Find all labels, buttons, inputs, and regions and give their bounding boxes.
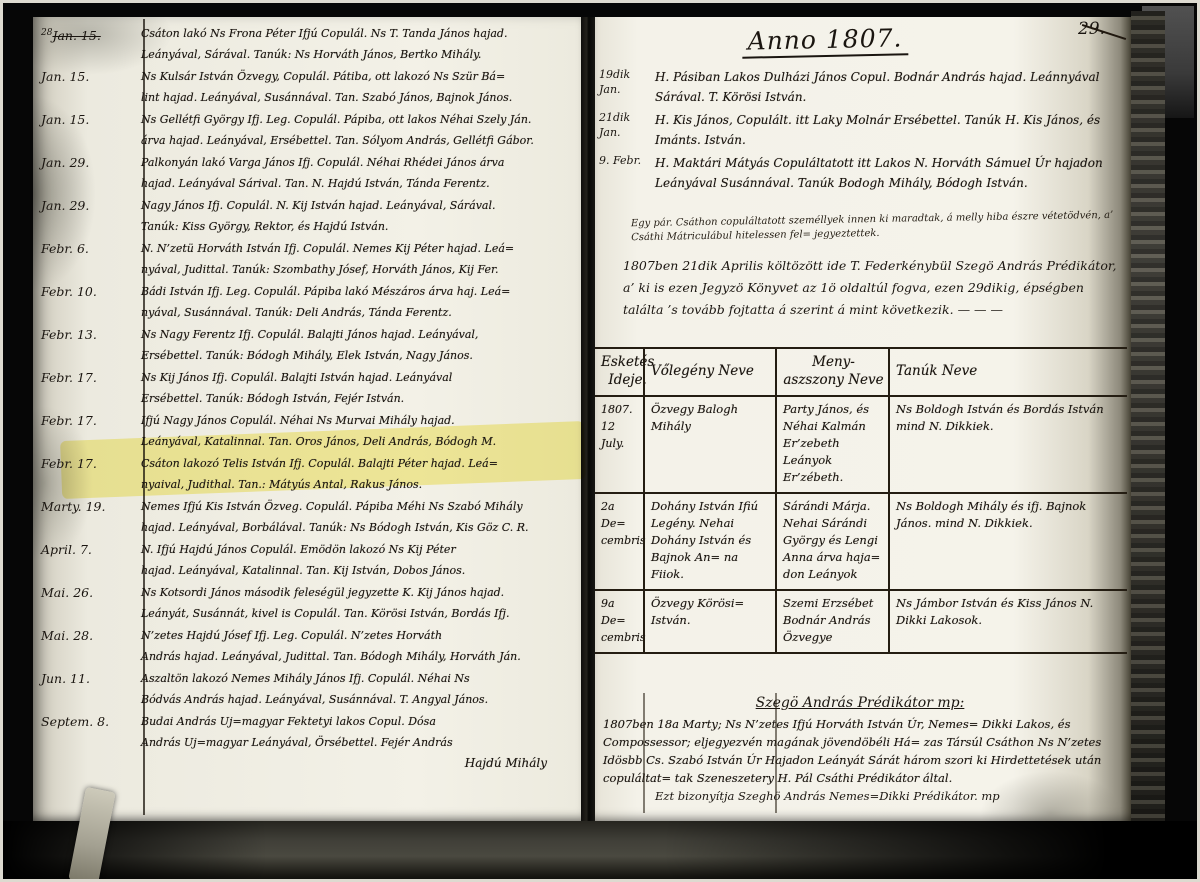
- entry-text: Ns Gellétfi György Ifj. Leg. Copulál. Pá…: [135, 109, 581, 151]
- table-cell: 2a De= cembris: [595, 494, 643, 589]
- entry-text: Ns Kotsordi János második feleségül jegy…: [135, 582, 581, 624]
- entry-date: Jan. 29.: [33, 152, 135, 194]
- entry-text: Palkonyán lakó Varga János Ifj. Copulál.…: [135, 152, 581, 194]
- anno-heading: Anno 1807.: [705, 22, 946, 56]
- column-header: Meny-aszszony Neve: [775, 349, 888, 395]
- entry-date: Jan. 29.: [33, 195, 135, 237]
- register-entry: 21dik Jan.H. Kis János, Copulált. itt La…: [595, 110, 1123, 150]
- entry-text: N. Ifjú Hajdú János Copulál. Emödön lako…: [135, 539, 581, 581]
- entry-text: H. Pásiban Lakos Dulházi János Copul. Bo…: [655, 67, 1123, 107]
- entry-text: H. Kis János, Copulált. itt Laky Molnár …: [655, 110, 1123, 150]
- entry-text: Nagy János Ifj. Copulál. N. Kij István h…: [135, 195, 581, 237]
- entry-date: Mai. 28.: [33, 625, 135, 667]
- register-entry: 28Jan. 15.Csáton lakó Ns Frona Péter Ifj…: [33, 23, 581, 65]
- left-page-entries: 28Jan. 15.Csáton lakó Ns Frona Péter Ifj…: [33, 17, 581, 774]
- entry-text: Nemes Ifjú Kis István Özveg. Copulál. Pá…: [135, 496, 581, 538]
- closing-attestation-line: Ezt bizonyítja Szeghö András Nemes=Dikki…: [595, 787, 1125, 805]
- register-entry: Jun. 11.Aszaltön lakozó Nemes Mihály Ján…: [33, 668, 581, 710]
- register-entry: Mai. 26.Ns Kotsordi János második felesé…: [33, 582, 581, 624]
- entry-text: H. Maktári Mátyás Copuláltatott itt Lako…: [655, 153, 1123, 193]
- inserted-note: Egy pár. Csáthon copuláltatott személlye…: [631, 209, 1121, 246]
- table-cell: Szemi Erzsébet Bodnár András Özvegye: [775, 591, 888, 652]
- table-row: 1807. 12 July.Özvegy Balogh MihályParty …: [595, 397, 1127, 494]
- table-cell: Sárándi Márja. Nehai Sárándi György és L…: [775, 494, 888, 589]
- right-page: 29. Anno 1807. 19dik Jan.H. Pásiban Lako…: [595, 17, 1131, 821]
- register-entry: Jan. 29.Palkonyán lakó Varga János Ifj. …: [33, 152, 581, 194]
- column-header: Vőlegény Neve: [643, 349, 775, 395]
- register-entry: Septem. 8.Budai András Uj=magyar Fektety…: [33, 711, 581, 774]
- register-entry: Jan. 15.Ns Kulsár István Özvegy, Copulál…: [33, 66, 581, 108]
- table-cell: Ns Boldogh Mihály és ifj. Bajnok János. …: [888, 494, 1127, 589]
- right-book-binding: [1131, 11, 1165, 823]
- scanned-register-photo: 28Jan. 15.Csáton lakó Ns Frona Péter Ifj…: [0, 0, 1200, 882]
- page-gutter: [581, 17, 595, 821]
- column-rule: [775, 693, 777, 813]
- entry-text: Ns Kulsár István Özvegy, Copulál. Pátiba…: [135, 66, 581, 108]
- right-page-entries: 19dik Jan.H. Pásiban Lakos Dulházi János…: [595, 67, 1123, 196]
- entry-date: 21dik Jan.: [595, 110, 655, 150]
- entry-text: N. N’zetü Horváth István Ifj. Copulál. N…: [135, 238, 581, 280]
- relocation-note: 1807ben 21dik Aprilis költözött ide T. F…: [623, 255, 1121, 321]
- entry-date: Jan. 15.: [33, 66, 135, 108]
- entry-text: Bádi István Ifj. Leg. Copulál. Pápiba la…: [135, 281, 581, 323]
- entry-text: Ns Kij János Ifj. Copulál. Balajti Istvá…: [135, 367, 581, 409]
- register-entry: Marty. 19.Nemes Ifjú Kis István Özveg. C…: [33, 496, 581, 538]
- table-rows: 1807. 12 July.Özvegy Balogh MihályParty …: [595, 397, 1127, 654]
- entry-date: Marty. 19.: [33, 496, 135, 538]
- entry-date: Febr. 17.: [33, 367, 135, 409]
- register-entry: Febr. 6.N. N’zetü Horváth István Ifj. Co…: [33, 238, 581, 280]
- entry-date: April. 7.: [33, 539, 135, 581]
- table-cell: Party János, és Néhai Kalmán Er’zebeth L…: [775, 397, 888, 492]
- table-cell: 9a De= cembris: [595, 591, 643, 652]
- closing-attestation: Szegö András Prédikátor mp: 1807ben 18a …: [595, 693, 1125, 827]
- register-entry: April. 7.N. Ifjú Hajdú János Copulál. Em…: [33, 539, 581, 581]
- entry-text: Csáton lakozó Telis István Ifj. Copulál.…: [135, 453, 581, 495]
- entry-date: 19dik Jan.: [595, 67, 655, 107]
- entry-text: Csáton lakó Ns Frona Péter Ifjú Copulál.…: [135, 23, 581, 65]
- table-cell: 1807. 12 July.: [595, 397, 643, 492]
- entry-text: Aszaltön lakozó Nemes Mihály János Ifj. …: [135, 668, 581, 710]
- entry-text: Budai András Uj=magyar Fektetyi lakos Co…: [135, 711, 581, 774]
- register-entry: Jan. 29.Nagy János Ifj. Copulál. N. Kij …: [33, 195, 581, 237]
- left-page: 28Jan. 15.Csáton lakó Ns Frona Péter Ifj…: [33, 17, 581, 821]
- table-cell: Ns Boldogh István és Bordás István mind …: [888, 397, 1127, 492]
- register-entry: Febr. 17.Csáton lakozó Telis István Ifj.…: [33, 453, 581, 495]
- register-entry: Febr. 13.Ns Nagy Ferentz Ifj. Copulál. B…: [33, 324, 581, 366]
- table-cell: Dohány István Ifiú Legény. Nehai Dohány …: [643, 494, 775, 589]
- entry-date: Jan. 15.: [33, 109, 135, 151]
- entry-date: Febr. 17.: [33, 410, 135, 452]
- closing-body: 1807ben 18a Marty; Ns N’zetes Ifjú Horvá…: [595, 713, 1125, 787]
- signature: Hajdú Mihály: [141, 753, 577, 774]
- register-entry: 9. Febr.H. Maktári Mátyás Copuláltatott …: [595, 153, 1123, 193]
- entry-date: Jun. 11.: [33, 668, 135, 710]
- table-row: 2a De= cembrisDohány István Ifiú Legény.…: [595, 494, 1127, 591]
- anno-heading-text: Anno 1807.: [741, 23, 908, 58]
- table-cell: Ns Jámbor István és Kiss János N. Dikki …: [888, 591, 1127, 652]
- register-entry: Jan. 15.Ns Gellétfi György Ifj. Leg. Cop…: [33, 109, 581, 151]
- register-entry: Febr. 10.Bádi István Ifj. Leg. Copulál. …: [33, 281, 581, 323]
- register-entry: Febr. 17.Ifjú Nagy János Copulál. Néhai …: [33, 410, 581, 452]
- entry-date: Mai. 26.: [33, 582, 135, 624]
- table-cell: Özvegy Balogh Mihály: [643, 397, 775, 492]
- table-surface: [3, 821, 1200, 882]
- table-cell: Özvegy Körösi= István.: [643, 591, 775, 652]
- column-header: Tanúk Neve: [888, 349, 1127, 395]
- table-header-row: Esketés Ideje. Vőlegény Neve Meny-aszszo…: [595, 349, 1127, 397]
- entry-text: N’zetes Hajdú Jósef Ifj. Leg. Copulál. N…: [135, 625, 581, 667]
- register-entry: 19dik Jan.H. Pásiban Lakos Dulházi János…: [595, 67, 1123, 107]
- entry-date: Febr. 17.: [33, 453, 135, 495]
- entry-date: 28Jan. 15.: [33, 23, 135, 65]
- column-header: Esketés Ideje.: [595, 349, 643, 395]
- entry-date: Febr. 13.: [33, 324, 135, 366]
- entry-date: 9. Febr.: [595, 153, 655, 193]
- register-entry: Mai. 28.N’zetes Hajdú Jósef Ifj. Leg. Co…: [33, 625, 581, 667]
- entry-text: Ns Nagy Ferentz Ifj. Copulál. Balajti Já…: [135, 324, 581, 366]
- register-entry: Febr. 17.Ns Kij János Ifj. Copulál. Bala…: [33, 367, 581, 409]
- table-row: 9a De= cembrisÖzvegy Körösi= István.Szem…: [595, 591, 1127, 654]
- entry-date: Febr. 10.: [33, 281, 135, 323]
- entry-text: Ifjú Nagy János Copulál. Néhai Ns Murvai…: [135, 410, 581, 452]
- entry-date: Septem. 8.: [33, 711, 135, 774]
- closing-title: Szegö András Prédikátor mp:: [595, 693, 1125, 713]
- entry-date: Febr. 6.: [33, 238, 135, 280]
- register-table: Esketés Ideje. Vőlegény Neve Meny-aszszo…: [595, 347, 1127, 654]
- column-rule: [643, 693, 645, 813]
